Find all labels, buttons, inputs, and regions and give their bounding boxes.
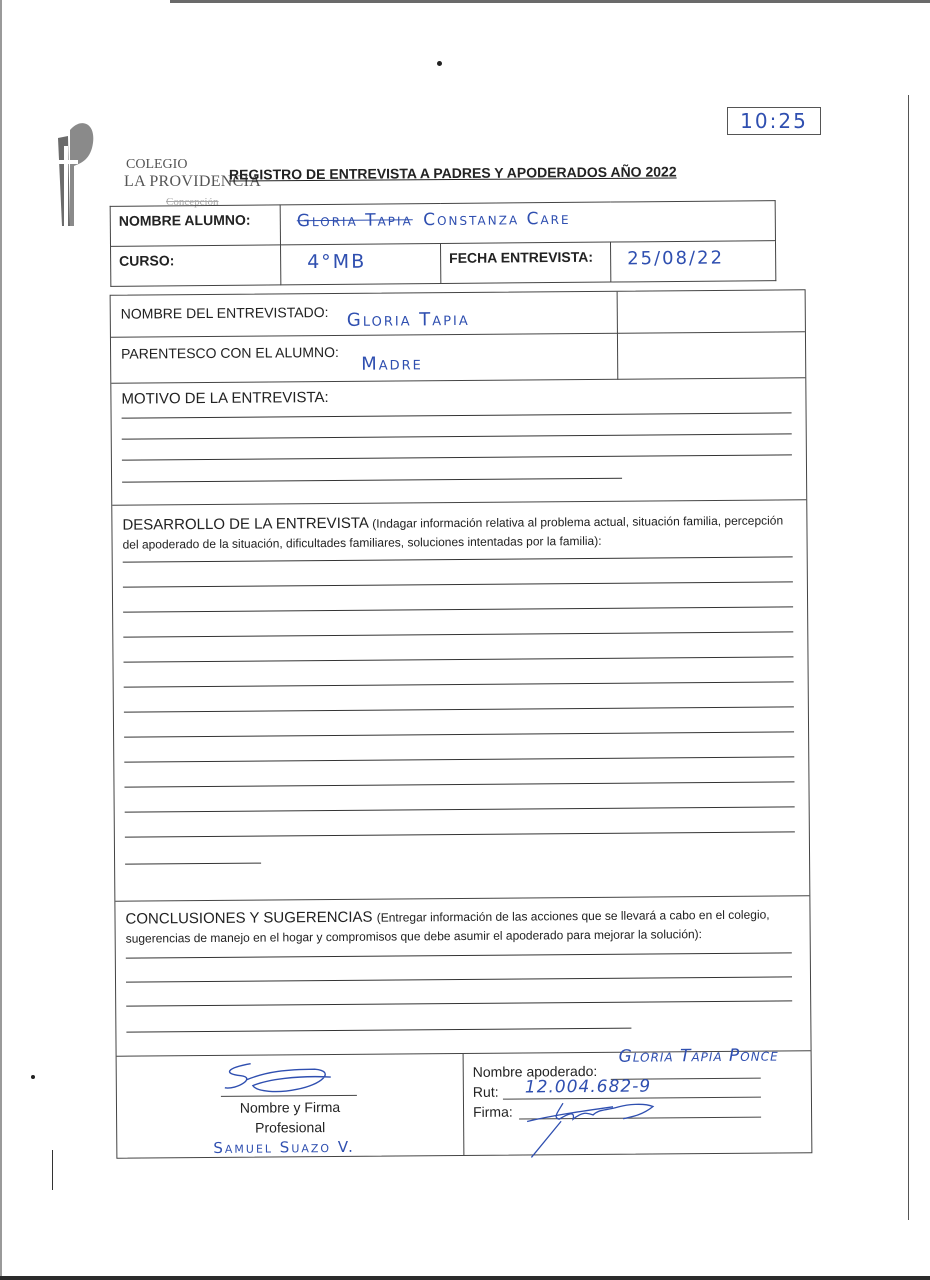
writing-line[interactable] (126, 976, 792, 982)
signature-line (221, 1095, 357, 1097)
writing-line[interactable] (122, 478, 622, 483)
course-value: 4°MB (307, 251, 366, 274)
course-label-cell: CURSO: (111, 245, 281, 286)
time-value: 10:25 (740, 109, 808, 133)
page-edge-left (52, 1150, 53, 1190)
student-name-value: Constanza Care (423, 209, 570, 230)
relationship-row: PARENTESCO CON EL ALUMNO: Madre (111, 332, 805, 383)
relationship-label: PARENTESCO CON EL ALUMNO: (121, 344, 339, 362)
writing-line[interactable] (122, 412, 792, 418)
writing-line[interactable] (122, 433, 792, 439)
time-box: 10:25 (727, 107, 821, 135)
desarrollo-heading: DESARROLLO DE LA ENTREVISTA (Indagar inf… (122, 510, 798, 553)
conclusiones-heading: CONCLUSIONES Y SUGERENCIAS (Entregar inf… (125, 904, 801, 947)
student-name-label: NOMBRE ALUMNO: (119, 212, 251, 229)
writing-line[interactable] (124, 706, 794, 712)
guardian-signature-block: Nombre apoderado: Gloria Tapia Ponce Rut… (463, 1051, 812, 1155)
date-label: FECHA ENTREVISTA: (449, 249, 593, 266)
scan-speck (31, 1075, 35, 1079)
conclusiones-instructions: (Entregar información de las acciones qu… (377, 908, 770, 925)
student-name-field[interactable]: Gloria Tapia Constanza Care (280, 201, 775, 245)
writing-line[interactable] (125, 863, 261, 865)
writing-line[interactable] (126, 1000, 792, 1006)
conclusiones-title: CONCLUSIONES Y SUGERENCIAS (125, 909, 372, 928)
conclusiones-section: CONCLUSIONES Y SUGERENCIAS (Entregar inf… (115, 896, 810, 1056)
document-title: REGISTRO DE ENTREVISTA A PADRES Y APODER… (229, 163, 677, 182)
student-info-table: NOMBRE ALUMNO: Gloria Tapia Constanza Ca… (110, 200, 777, 287)
signatures-section: Nombre y Firma Profesional Samuel Suazo … (117, 1051, 812, 1157)
writing-line[interactable] (122, 454, 792, 460)
professional-signature-icon[interactable] (217, 1059, 337, 1096)
writing-line[interactable] (123, 556, 793, 562)
course-label: CURSO: (119, 252, 174, 268)
guardian-name-value[interactable]: Gloria Tapia Ponce (619, 1046, 779, 1067)
writing-line[interactable] (126, 952, 792, 958)
page-edge-right (908, 95, 909, 1220)
scan-edge-left (0, 0, 2, 1280)
professional-name: Samuel Suazo V. (213, 1138, 355, 1157)
writing-line[interactable] (124, 681, 794, 687)
writing-line[interactable] (125, 806, 795, 812)
writing-line[interactable] (123, 656, 793, 662)
writing-line[interactable] (126, 1028, 631, 1033)
rut-label: Rut: (473, 1084, 499, 1100)
desarrollo-instructions-cont: del apoderado de la situación, dificulta… (123, 530, 799, 553)
student-name-struck: Gloria Tapia (297, 210, 413, 231)
scan-edge-bottom (0, 1276, 930, 1280)
scan-edge-top (170, 0, 930, 3)
interviewee-name-row: NOMBRE DEL ENTREVISTADO: Gloria Tapia (111, 290, 805, 337)
writing-line[interactable] (123, 581, 793, 587)
date-value: 25/08/22 (627, 248, 724, 270)
professional-signature-block: Nombre y Firma Profesional Samuel Suazo … (117, 1054, 465, 1158)
motivo-section: MOTIVO DE LA ENTREVISTA: (111, 378, 806, 505)
conclusiones-instructions-cont: sugerencias de manejo en el hogar y comp… (126, 924, 802, 947)
interview-form: NOMBRE DEL ENTREVISTADO: Gloria Tapia PA… (110, 289, 813, 1158)
motivo-title: MOTIVO DE LA ENTREVISTA: (121, 384, 797, 409)
desarrollo-title: DESARROLLO DE LA ENTREVISTA (122, 515, 368, 534)
writing-line[interactable] (124, 781, 794, 787)
date-label-cell: FECHA ENTREVISTA: (441, 242, 611, 283)
writing-line[interactable] (124, 731, 794, 737)
desarrollo-section: DESARROLLO DE LA ENTREVISTA (Indagar inf… (112, 500, 809, 901)
writing-line[interactable] (123, 631, 793, 637)
writing-line[interactable] (124, 756, 794, 762)
writing-line[interactable] (123, 606, 793, 612)
professional-caption-2: Profesional (117, 1118, 463, 1137)
interviewee-name-label: NOMBRE DEL ENTREVISTADO: (121, 304, 329, 322)
relationship-value[interactable]: Madre (361, 353, 423, 374)
scan-speck (437, 61, 442, 66)
date-field[interactable]: 25/08/22 (610, 241, 775, 282)
interviewee-name-value[interactable]: Gloria Tapia (347, 309, 470, 331)
school-logo-icon (52, 118, 96, 226)
course-field[interactable]: 4°MB (281, 244, 441, 285)
signature-label: Firma: (473, 1104, 513, 1120)
student-name-label-cell: NOMBRE ALUMNO: (110, 205, 280, 246)
school-name: COLEGIO LA PROVIDENCIA Concepción (124, 156, 261, 211)
guardian-signature-icon[interactable] (523, 1092, 674, 1159)
desarrollo-instructions: (Indagar información relativa al problem… (372, 513, 783, 530)
writing-line[interactable] (125, 831, 795, 837)
professional-caption-1: Nombre y Firma (117, 1098, 463, 1117)
